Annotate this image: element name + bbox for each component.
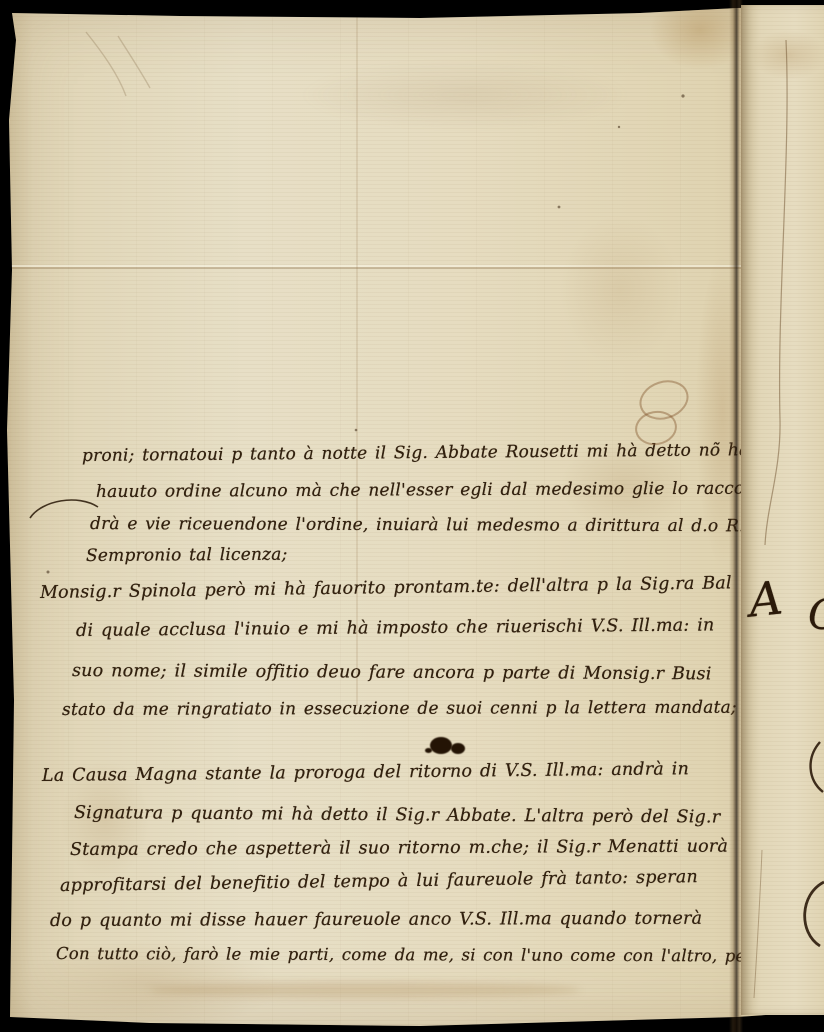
manuscript-line: hauuto ordine alcuno mà che nell'esser e…: [96, 479, 759, 502]
manuscript-line: Stampa credo che aspetterà il suo ritorn…: [70, 837, 728, 860]
manuscript-line: Con tutto ciò, farò le mie parti, come d…: [56, 944, 754, 965]
paper-stain: [560, 215, 680, 365]
ink-blot: [430, 737, 452, 754]
document-scan: proni; tornatoui p tanto à notte il Sig.…: [0, 0, 824, 1032]
paper-stain: [751, 30, 824, 80]
ink-bleedthrough-ghost: [150, 982, 580, 998]
manuscript-line: Signatura p quanto mi hà detto il Sig.r …: [74, 803, 720, 828]
manuscript-line: proni; tornatoui p tanto à notte il Sig.…: [82, 440, 779, 466]
ink-bleedthrough-ghost: [300, 60, 630, 130]
manuscript-line: drà e vie riceuendone l'ordine, inuiarà …: [90, 514, 745, 536]
manuscript-line: La Causa Magna stante la proroga del rit…: [42, 759, 689, 786]
vertical-fold-crease: [356, 16, 358, 706]
adjacent-page-letter: C: [807, 589, 824, 639]
adjacent-page-letter: A: [746, 570, 785, 627]
manuscript-line: stato da me ringratiato in essecuzione d…: [62, 698, 737, 720]
manuscript-line: approfitarsi del benefitio del tempo à l…: [60, 867, 698, 896]
adjacent-page-sliver: [741, 5, 824, 1015]
manuscript-line: Sempronio tal licenza;: [86, 545, 288, 566]
horizontal-fold-crease: [8, 265, 824, 271]
page-fold-line: [729, 0, 743, 1032]
manuscript-line: Monsig.r Spinola però mi hà fauorito pro…: [40, 573, 732, 603]
ink-blot: [451, 743, 465, 754]
ink-blot: [425, 748, 432, 753]
manuscript-line: di quale acclusa l'inuio e mi hà imposto…: [76, 615, 715, 641]
manuscript-line: suo nome; il simile offitio deuo fare an…: [72, 661, 712, 684]
manuscript-line: do p quanto mi disse hauer faureuole anc…: [50, 909, 702, 931]
paper-sheet: proni; tornatoui p tanto à notte il Sig.…: [0, 0, 824, 1032]
